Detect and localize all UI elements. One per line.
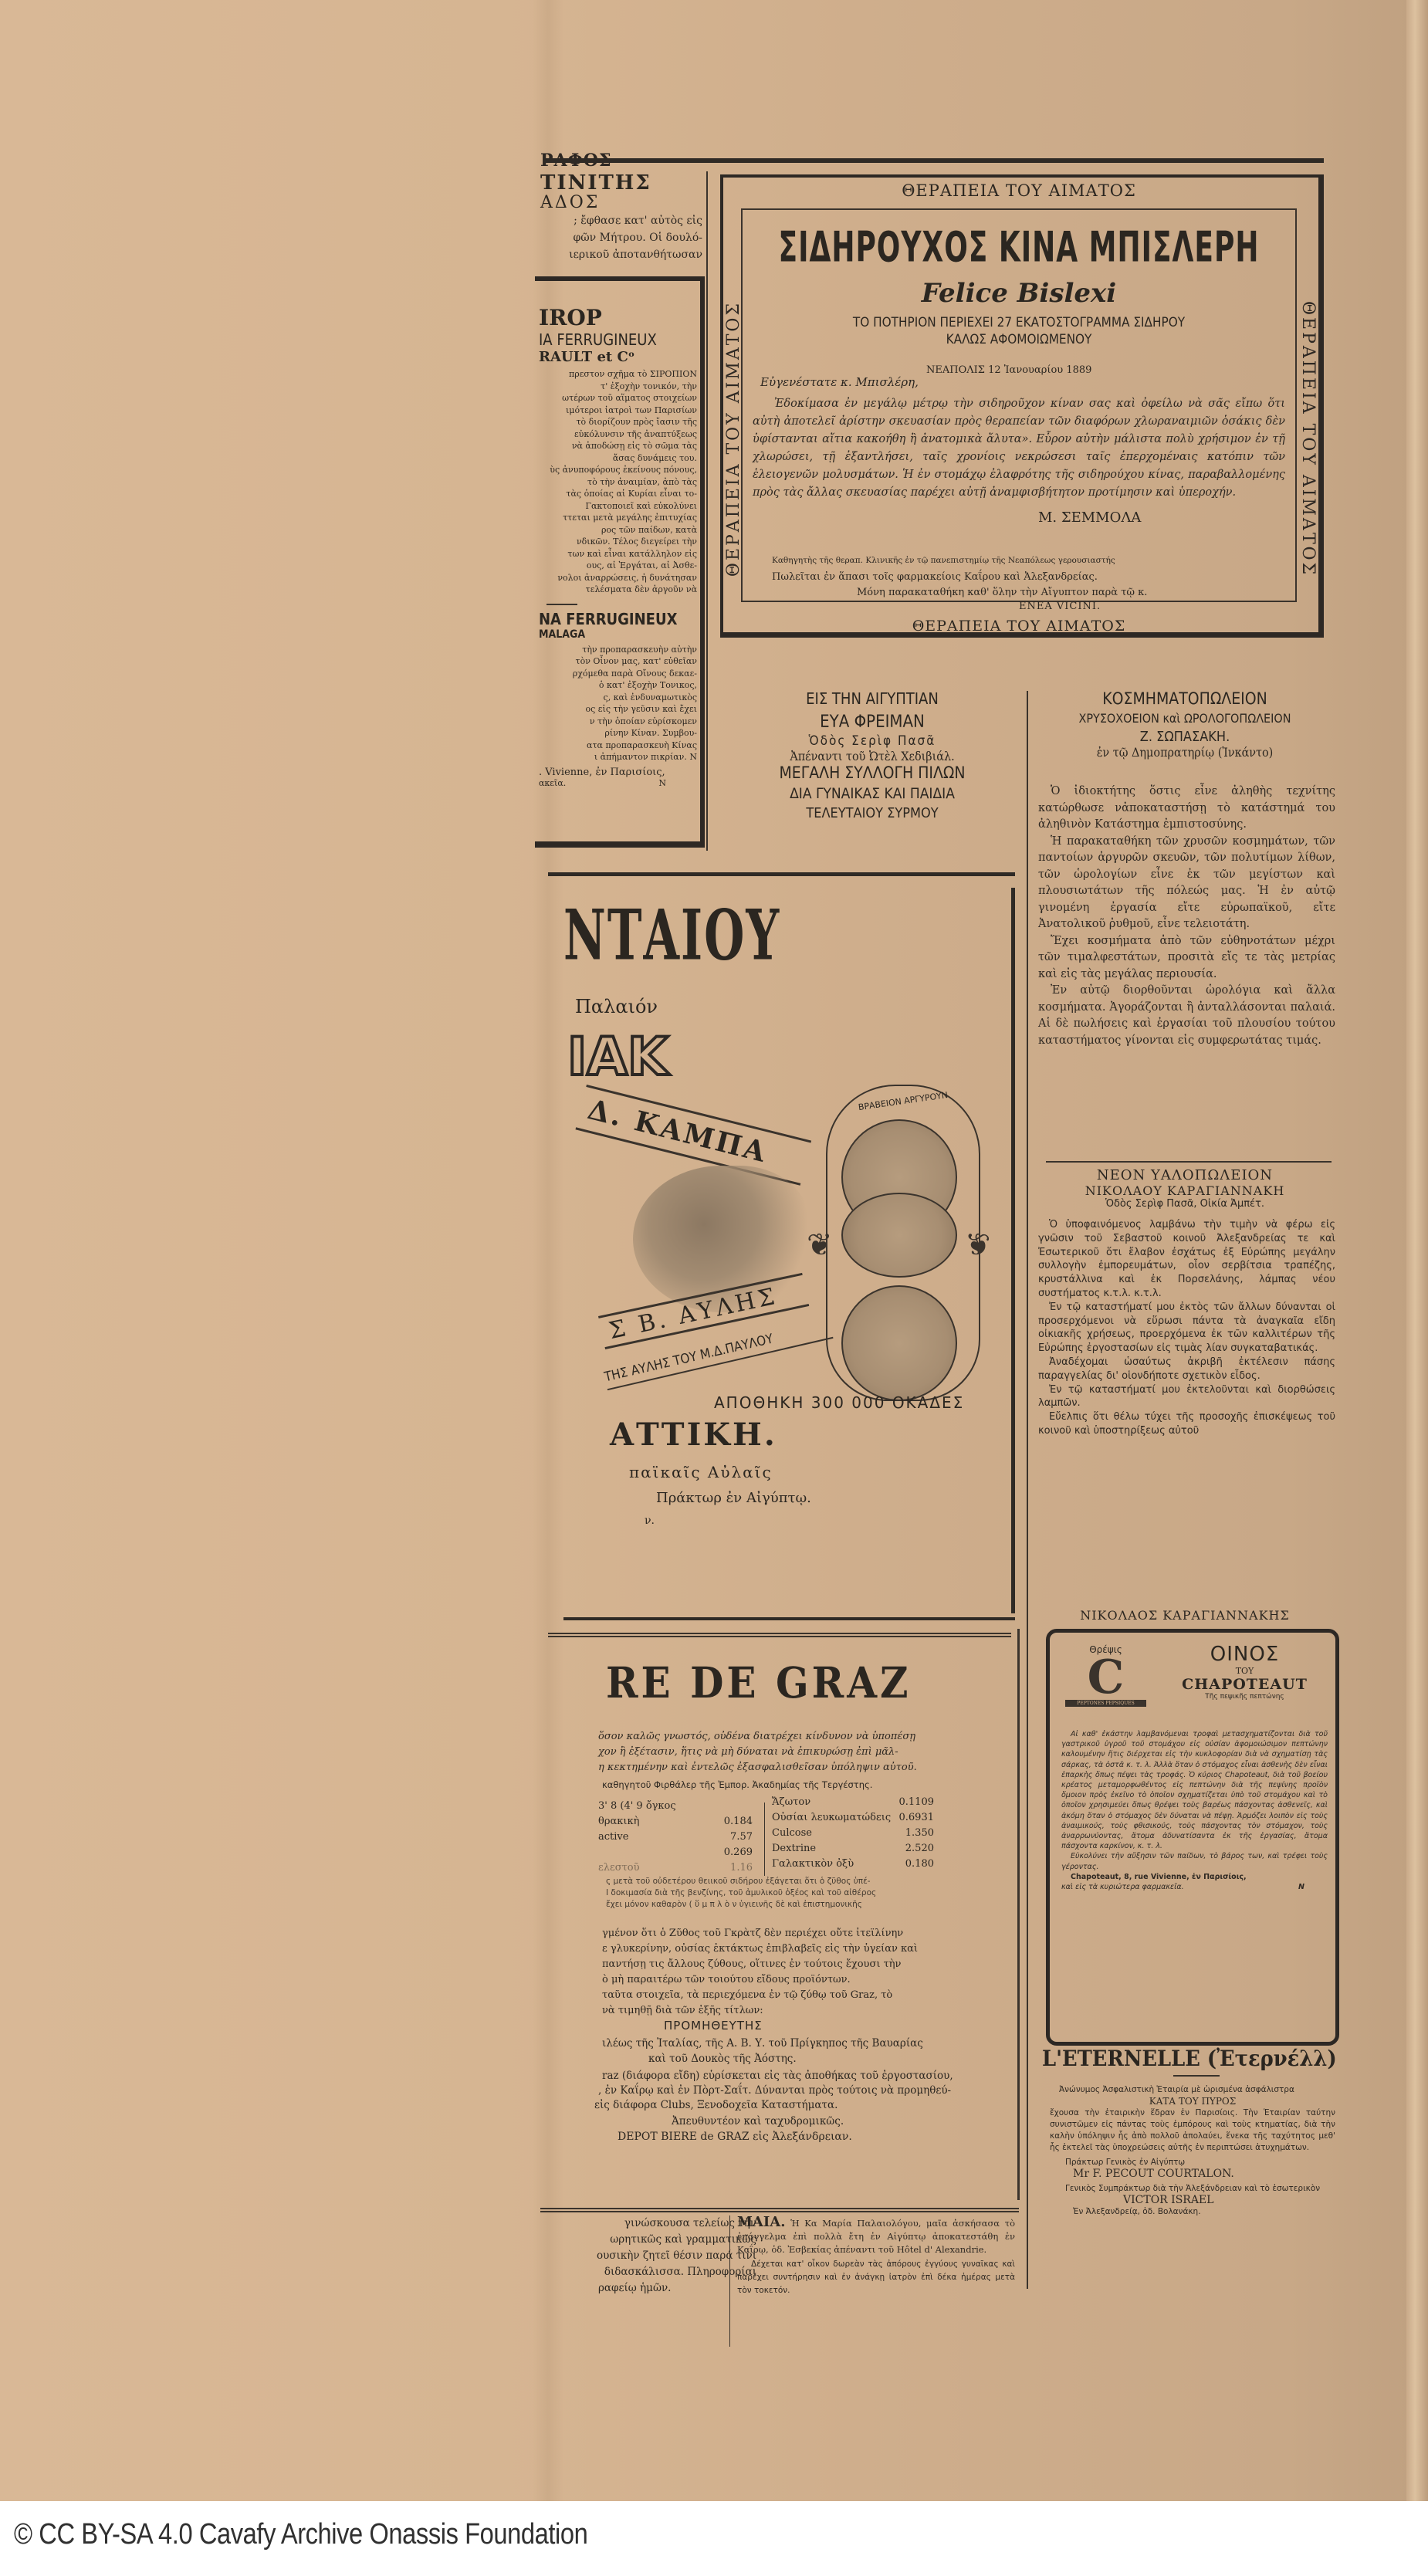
copyright-credit: © CC BY-SA 4.0 Cavafy Archive Onassis Fo… (14, 2518, 587, 2551)
yalopoleion-header: ΝΕΟΝ ΥΑΛΟΠΩΛΕΙΟΝ ΝΙΚΟΛΑΟΥ ΚΑΡΑΓΙΑΝΝΑΚΗ Ὁ… (1030, 1167, 1339, 1210)
table-row: ελεστοῦ1.16 (598, 1860, 753, 1876)
table-row: θρακικὴ0.184 (598, 1814, 753, 1830)
yalopoleion-body: Ὁ ὑποφαινόμενος λαμβάνω τὴν τιμὴν νὰ φέρ… (1038, 1218, 1335, 1438)
table-row: Οὐσίαι λευκωματώδεις0.6931 (772, 1810, 934, 1826)
bislexi-signature: Μ. ΣΕΜΜΟΛΑ (1038, 509, 1141, 526)
table-row: Dextrine2.520 (772, 1841, 934, 1857)
divider (1173, 2075, 1220, 2077)
divider (546, 604, 577, 605)
bislexi-subtitle-2: ΚΑΛΩΣ ΑΦΟΜΟΙΩΜΕΝΟΥ (741, 332, 1297, 347)
graz-stock: raz (διάφορα εἴδη) εὑρίσκεται εἰς τὰς ἀπ… (567, 2069, 1015, 2113)
bislexi-side-right: ΘΕΡΑΠΕΙΑ ΤΟΥ ΑΙΜΑΤΟΣ (1298, 301, 1318, 577)
sirop-ad: IROP ΙΑ FERRUGINEUX RAULT et Cᵒ πρεστον … (539, 305, 697, 788)
left-strip-top: ΤΙΝΙΤΗΣ ΑΔΟΣ ; ἔφθασε κατ' αὐτὸς εἰς φῶν… (540, 171, 702, 263)
sirop-body: πρεστον σχῆμα τὸ ΣΙΡΟΠΙΟΝτ' ἐξοχὴν τονικ… (539, 368, 697, 596)
cognac-region: ΑΤΤΙΚΗ. (610, 1417, 777, 1453)
graz-frame-right (1017, 1629, 1020, 2200)
cognac-line1: παϊκαῖς Αὐλαῖς (629, 1463, 773, 1481)
sirop-sub: ΙΑ FERRUGINEUX (539, 330, 697, 349)
kosmimata-body: Ὁ ἰδιοκτήτης ὅστις εἶνε ἀληθὴς τεχνίτης … (1038, 784, 1335, 1049)
cognac-line2: Πράκτωρ ἐν Αἰγύπτῳ. (656, 1490, 811, 1506)
graz-mail: Ἀπευθυντέον καὶ ταχυδρομικῶς. (672, 2115, 844, 2127)
section-rule (563, 1617, 1015, 1620)
cognac-sub-fragment: Παλαιόν (575, 996, 658, 1017)
left-top-lines: ; ἔφθασε κατ' αὐτὸς εἰς φῶν Μήτρου. Οἱ δ… (540, 212, 702, 263)
table-row: active7.57 (598, 1830, 753, 1845)
kina-address: . Vivienne, ἐν Παρισίοις, (539, 767, 697, 778)
ornamental-rule (548, 1633, 1011, 1637)
cognac-big-fragment: ΙΑΚ (567, 1027, 668, 1088)
bislexi-credential: Καθηγητὴς τῆς θεραπ. Κλινικῆς ἐν τῷ πανε… (772, 556, 1115, 565)
bislexi-salutation: Εὐγενέστατε κ. Μπισλέρη, (760, 375, 919, 389)
cognac-frame-right (1011, 888, 1015, 1613)
chapoteaut-logo: Θρέψις C PEPTONES PEPSIQUES (1065, 1644, 1146, 1707)
graz-table-left: 3' 8 (4' 9 ὄγκος θρακικὴ0.184 active7.57… (598, 1799, 753, 1876)
sirop-title: IROP (539, 305, 697, 330)
table-divider (764, 1803, 765, 1876)
table-row: 3' 8 (4' 9 ὄγκος (598, 1799, 753, 1814)
cognac-warehouse: ΑΠΟΘΗΚΗ 300 000 ΟΚΑΔΕΣ (714, 1393, 964, 1412)
graz-table-right: Ἄζωτον0.1109 Οὐσίαι λευκωματώδεις0.6931 … (772, 1795, 934, 1872)
right-column-rule (1027, 691, 1028, 2289)
cognac-heading-fragment: ΝΤΑΙΟΥ (563, 895, 780, 977)
left-subheading: ΑΔΟΣ (540, 193, 702, 212)
graz-title: RE DE GRAZ (606, 1657, 912, 1708)
paper-edge (1406, 0, 1428, 2501)
kina-sub: MALAGA (539, 628, 697, 641)
graz-purveyor: ιλέως τῆς Ἰταλίας, τῆς Α. Β. Υ. τοῦ Πρίγ… (571, 2036, 1011, 2067)
ornament-scroll-icon: ❦ (807, 1227, 833, 1263)
table-row: Ἄζωτον0.1109 (772, 1795, 934, 1810)
column-rule (706, 171, 708, 851)
bislexi-agent: ENEA VICINI. (1019, 601, 1101, 612)
chapoteaut-logo-letter-icon: C (1065, 1655, 1146, 1700)
cognac-line3: ν. (645, 1515, 655, 1527)
bislexi-depot: Μόνη παρακαταθήκη καθ' ὅλην τὴν Αἴγυπτον… (857, 587, 1147, 598)
medal-reverse-icon (841, 1193, 957, 1278)
bislexi-brand: Felice Bislexi (741, 278, 1297, 309)
sirop-maker: RAULT et Cᵒ (539, 349, 697, 365)
graz-body: γμένον ὅτι ὁ Ζῦθος τοῦ Γκρὰτζ δὲν περιέχ… (602, 1926, 1011, 2019)
ornament-scroll-icon: ❦ (965, 1227, 991, 1263)
chapoteaut-body: Αἱ καθ' ἑκάστην λαμβανόμεναι τροφαὶ μετα… (1061, 1729, 1328, 1892)
bislexi-title: ΣΙΔΗΡΟΥΧΟΣ ΚΙΝΑ ΜΠΙΣΛΕΡΗ (741, 224, 1297, 272)
kina-body: τὴν προπαρασκευὴν αὐτὴντὸν Οἶνον μας, κα… (539, 644, 697, 763)
table-row: Γαλακτικὸν ὀξὺ0.180 (772, 1857, 934, 1872)
graz-purveyor-heading: ΠΡΟΜΗΘΕΥΤΗΣ (664, 2019, 763, 2033)
kina-address2: ακεῖα.N (539, 778, 697, 788)
table-row: 0.269 (598, 1845, 753, 1860)
bislexi-sold-at: Πωλεῖται ἐν ἅπασι τοῖς φαρμακείοις Καΐρο… (772, 571, 1098, 583)
maia-title: ΜΑΙΑ. (737, 2214, 786, 2230)
kina-title: ΝΑ FERRUGINEUX (539, 610, 697, 628)
maia-ad: ΜΑΙΑ. Ἡ Κα Μαρία Παλαιολόγου, μαῖα ἀσκήσ… (737, 2215, 1015, 2297)
bislexi-bottom-banner: ΘΕΡΑΠΕΙΑ ΤΟΥ ΑΙΜΑΤΟΣ (741, 618, 1297, 635)
yalopoleion-signature: ΝΙΚΟΛΑΟΣ ΚΑΡΑΓΙΑΝΝΑΚΗΣ (1030, 1608, 1339, 1623)
graz-depot: DEPOT BIERE de GRAZ εἰς Ἀλεξάνδρειαν. (618, 2131, 852, 2143)
graz-analyst: καθηγητοῦ Φιρθάλερ τῆς Ἐμπορ. Ἀκαδημίας … (602, 1779, 872, 1790)
portrait-medal-icon (841, 1285, 957, 1401)
graz-intro: ὅσον καλῶς γνωστός, οὐδένα διατρέχει κίν… (598, 1729, 1011, 1775)
table-row: Culcose1.350 (772, 1826, 934, 1841)
left-heading: ΤΙΝΙΤΗΣ (540, 171, 702, 195)
column-rule (729, 2215, 730, 2347)
kosmimata-header: ΚΟΣΜΗΜΑΤΟΠΩΛΕΙΟΝ ΧΡΥΣΟΧΟΕΙΟΝ καὶ ΩΡΟΛΟΓΟ… (1030, 689, 1339, 760)
eternelle-title: L'ETERNELLE (Ἐτερνέλλ) (1042, 2046, 1337, 2071)
bislexi-dateline: ΝΕΑΠΟΛΙΣ 12 Ἰανουαρίου 1889 (926, 364, 1091, 376)
section-rule (548, 872, 1015, 876)
bislexi-subtitle-1: ΤΟ ΠΟΤΗΡΙΟΝ ΠΕΡΙΕΧΕΙ 27 ΕΚΑΤΟΣΤΟΓΡΑΜΜΑ Σ… (741, 315, 1297, 330)
ornamental-rule (540, 2208, 1019, 2212)
divider (1046, 1161, 1332, 1163)
masthead-rule (544, 158, 1324, 163)
bislexi-body: Ἐδοκίμασα ἐν μεγάλῳ μέτρῳ τὴν σιδηροῦχον… (753, 395, 1285, 502)
eternelle-body: Ἀνώνυμος Ἀσφαλιστικὴ Ἑταιρία μὲ ὡρισμένα… (1050, 2084, 1335, 2218)
bislexi-top-banner: ΘΕΡΑΠΕΙΑ ΤΟΥ ΑΙΜΑΤΟΣ (741, 181, 1297, 200)
freiman-ad: ΕΙΣ ΤΗΝ ΑΙΓΥΠΤΙΑΝ ΕΥΑ ΦΡΕΙΜΑΝ Ὁδὸς Σερὶφ… (718, 689, 1027, 821)
graz-analysis: ς μετὰ τοῦ οὐδετέρου θειικοῦ σιδήρου ἐξά… (606, 1876, 1011, 1911)
chapoteaut-header: ΟΙΝΟΣ ΤΟΥ CHAPOTEAUT Τῆς πεψικῆς πεπτώνη… (1158, 1643, 1332, 1701)
